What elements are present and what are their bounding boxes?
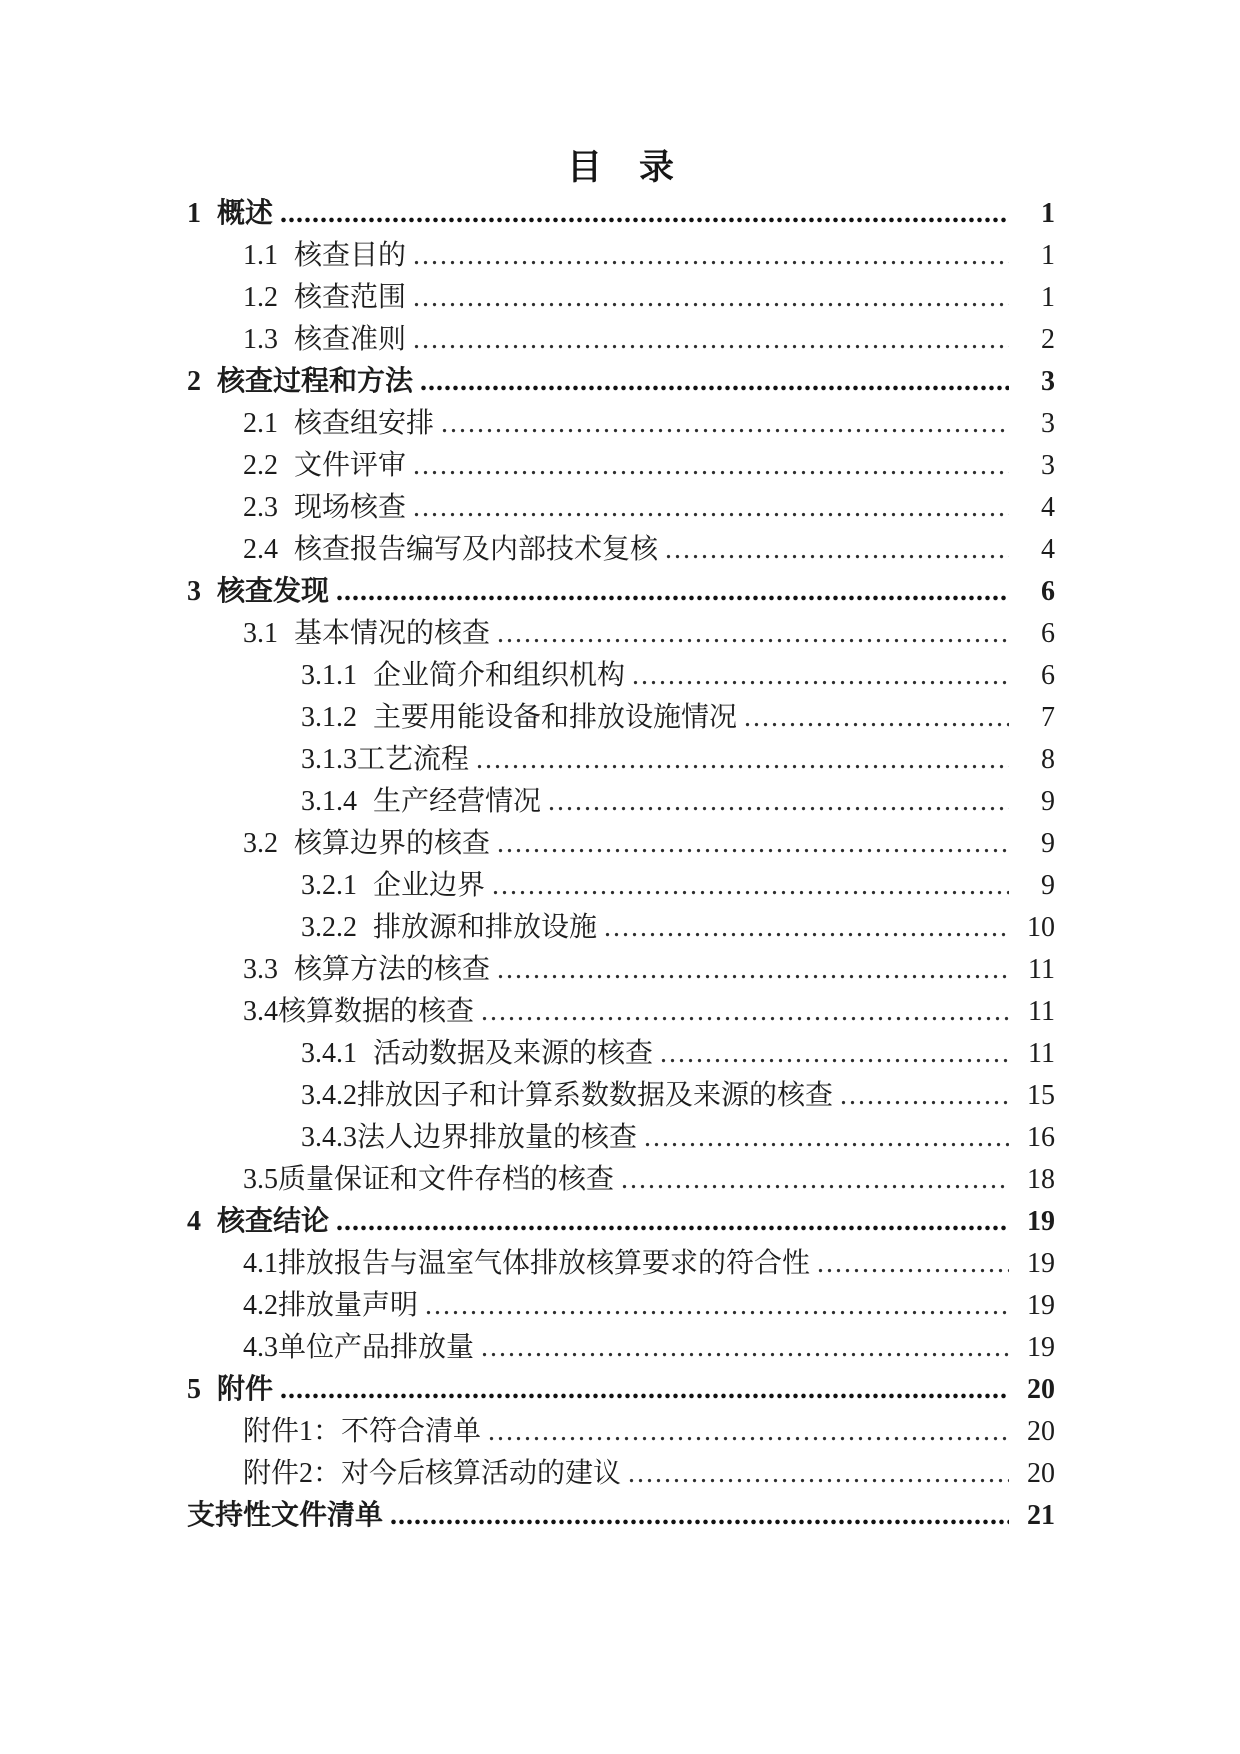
toc-entry-page: 11 <box>1009 949 1055 991</box>
dot-leader: ........................................… <box>280 1369 1009 1411</box>
dot-leader: ........................................… <box>441 403 1009 445</box>
toc-entry-label: 3.4.2排放因子和计算系数数据及来源的核查 <box>301 1075 840 1117</box>
toc-entry-label: 支持性文件清单 <box>187 1495 390 1537</box>
toc-entry[interactable]: 2.4 核查报告编写及内部技术复核.......................… <box>243 529 1055 571</box>
toc-entry-page: 6 <box>1009 655 1055 697</box>
toc-entry-page: 21 <box>1009 1495 1055 1537</box>
toc-entry[interactable]: 2.1 核查组安排...............................… <box>243 403 1055 445</box>
toc-entry-label: 3.1.1 企业简介和组织机构 <box>301 655 632 697</box>
toc-entry-label: 附件1：不符合清单 <box>243 1411 488 1453</box>
toc-entry-label: 3 核查发现 <box>187 571 336 613</box>
toc-entry-label: 4 核查结论 <box>187 1201 336 1243</box>
dot-leader: ........................................… <box>390 1495 1009 1537</box>
toc-entry-label: 5 附件 <box>187 1369 280 1411</box>
toc-entry[interactable]: 3 核查发现..................................… <box>187 571 1055 613</box>
dot-leader: ........................................… <box>336 1201 1009 1243</box>
dot-leader: ........................................… <box>548 781 1009 823</box>
toc-entry-label: 3.1.2 主要用能设备和排放设施情况 <box>301 697 744 739</box>
toc-entry-page: 1 <box>1009 235 1055 277</box>
toc-entry-label: 3.1.3工艺流程 <box>301 739 476 781</box>
dot-leader: ........................................… <box>497 613 1009 655</box>
toc-entry-page: 3 <box>1009 445 1055 487</box>
toc-entry-page: 3 <box>1009 403 1055 445</box>
page-title: 目 录 <box>187 150 1055 185</box>
toc-entry-page: 19 <box>1009 1201 1055 1243</box>
toc-entry[interactable]: 3.4.3法人边界排放量的核查.........................… <box>301 1117 1055 1159</box>
toc-entry-page: 7 <box>1009 697 1055 739</box>
toc-entry[interactable]: 1 概述....................................… <box>187 193 1055 235</box>
toc-entry-label: 2.4 核查报告编写及内部技术复核 <box>243 529 665 571</box>
toc-entry-page: 16 <box>1009 1117 1055 1159</box>
dot-leader: ........................................… <box>840 1075 1009 1117</box>
toc-entry[interactable]: 2 核查过程和方法...............................… <box>187 361 1055 403</box>
toc-entry-page: 15 <box>1009 1075 1055 1117</box>
toc-entry-page: 9 <box>1009 781 1055 823</box>
dot-leader: ........................................… <box>604 907 1009 949</box>
toc-entry-page: 20 <box>1009 1453 1055 1495</box>
toc-entry-label: 1.3 核查准则 <box>243 319 413 361</box>
toc-entry-page: 11 <box>1009 991 1055 1033</box>
dot-leader: ........................................… <box>632 655 1009 697</box>
dot-leader: ........................................… <box>665 529 1009 571</box>
document-page: 目 录 1 概述................................… <box>0 0 1240 1754</box>
toc-entry[interactable]: 3.5质量保证和文件存档的核查.........................… <box>243 1159 1055 1201</box>
toc-entry[interactable]: 4.2排放量声明................................… <box>243 1285 1055 1327</box>
toc-entry[interactable]: 附件1：不符合清单...............................… <box>243 1411 1055 1453</box>
toc-entry[interactable]: 3.2 核算边界的核查.............................… <box>243 823 1055 865</box>
toc-entry[interactable]: 5 附件....................................… <box>187 1369 1055 1411</box>
dot-leader: ........................................… <box>413 487 1009 529</box>
dot-leader: ........................................… <box>621 1159 1009 1201</box>
toc-entry-label: 1.1 核查目的 <box>243 235 413 277</box>
toc-entry[interactable]: 1.1 核查目的................................… <box>243 235 1055 277</box>
toc-entry-page: 9 <box>1009 865 1055 907</box>
toc-entry[interactable]: 2.3 现场核查................................… <box>243 487 1055 529</box>
toc-entry[interactable]: 2.2 文件评审................................… <box>243 445 1055 487</box>
toc-entry-label: 3.2.2 排放源和排放设施 <box>301 907 604 949</box>
toc-entry-label: 3.4.1 活动数据及来源的核查 <box>301 1033 660 1075</box>
dot-leader: ........................................… <box>413 277 1009 319</box>
toc-entry-page: 4 <box>1009 529 1055 571</box>
toc-entry-page: 8 <box>1009 739 1055 781</box>
toc-entry[interactable]: 3.2.1 企业边界..............................… <box>301 865 1055 907</box>
toc-entry-label: 2 核查过程和方法 <box>187 361 420 403</box>
toc-entry-label: 附件2：对今后核算活动的建议 <box>243 1453 628 1495</box>
table-of-contents: 1 概述....................................… <box>187 193 1055 1537</box>
toc-entry[interactable]: 3.1 基本情况的核查.............................… <box>243 613 1055 655</box>
toc-entry-label: 3.5质量保证和文件存档的核查 <box>243 1159 621 1201</box>
dot-leader: ........................................… <box>481 991 1009 1033</box>
dot-leader: ........................................… <box>488 1411 1009 1453</box>
dot-leader: ........................................… <box>280 193 1009 235</box>
dot-leader: ........................................… <box>497 949 1009 991</box>
toc-entry[interactable]: 支持性文件清单.................................… <box>187 1495 1055 1537</box>
toc-entry-label: 3.4核算数据的核查 <box>243 991 481 1033</box>
toc-entry[interactable]: 1.2 核查范围................................… <box>243 277 1055 319</box>
toc-entry[interactable]: 3.1.2 主要用能设备和排放设施情况.....................… <box>301 697 1055 739</box>
toc-entry[interactable]: 3.1.4 生产经营情况............................… <box>301 781 1055 823</box>
toc-entry[interactable]: 4.1排放报告与温室气体排放核算要求的符合性..................… <box>243 1243 1055 1285</box>
toc-entry-page: 11 <box>1009 1033 1055 1075</box>
toc-entry-label: 3.1.4 生产经营情况 <box>301 781 548 823</box>
toc-entry-page: 3 <box>1009 361 1055 403</box>
dot-leader: ........................................… <box>413 445 1009 487</box>
toc-entry-label: 2.1 核查组安排 <box>243 403 441 445</box>
toc-entry-page: 20 <box>1009 1369 1055 1411</box>
toc-entry-page: 6 <box>1009 571 1055 613</box>
toc-entry-label: 1 概述 <box>187 193 280 235</box>
toc-entry-page: 19 <box>1009 1243 1055 1285</box>
toc-entry[interactable]: 1.3 核查准则................................… <box>243 319 1055 361</box>
toc-entry-page: 1 <box>1009 277 1055 319</box>
dot-leader: ........................................… <box>628 1453 1009 1495</box>
toc-entry-label: 3.1 基本情况的核查 <box>243 613 497 655</box>
dot-leader: ........................................… <box>420 361 1009 403</box>
toc-entry-page: 19 <box>1009 1285 1055 1327</box>
toc-entry-page: 19 <box>1009 1327 1055 1369</box>
toc-entry-page: 9 <box>1009 823 1055 865</box>
toc-entry[interactable]: 附件2：对今后核算活动的建议..........................… <box>243 1453 1055 1495</box>
toc-entry-label: 1.2 核查范围 <box>243 277 413 319</box>
toc-entry-label: 2.2 文件评审 <box>243 445 413 487</box>
toc-entry-page: 10 <box>1009 907 1055 949</box>
toc-entry[interactable]: 3.2.2 排放源和排放设施..........................… <box>301 907 1055 949</box>
toc-entry[interactable]: 3.4.2排放因子和计算系数数据及来源的核查..................… <box>301 1075 1055 1117</box>
dot-leader: ........................................… <box>744 697 1009 739</box>
toc-entry-label: 3.4.3法人边界排放量的核查 <box>301 1117 644 1159</box>
toc-entry-page: 20 <box>1009 1411 1055 1453</box>
toc-entry-page: 1 <box>1009 193 1055 235</box>
dot-leader: ........................................… <box>497 823 1009 865</box>
toc-entry-label: 3.3 核算方法的核查 <box>243 949 497 991</box>
toc-entry-page: 6 <box>1009 613 1055 655</box>
dot-leader: ........................................… <box>413 235 1009 277</box>
dot-leader: ........................................… <box>476 739 1009 781</box>
dot-leader: ........................................… <box>660 1033 1009 1075</box>
dot-leader: ........................................… <box>492 865 1009 907</box>
toc-entry[interactable]: 3.1.3工艺流程...............................… <box>301 739 1055 781</box>
toc-entry-label: 2.3 现场核查 <box>243 487 413 529</box>
toc-entry[interactable]: 4 核查结论..................................… <box>187 1201 1055 1243</box>
toc-entry[interactable]: 4.3单位产品排放量..............................… <box>243 1327 1055 1369</box>
toc-entry-label: 4.2排放量声明 <box>243 1285 425 1327</box>
dot-leader: ........................................… <box>481 1327 1009 1369</box>
dot-leader: ........................................… <box>644 1117 1009 1159</box>
toc-entry-page: 18 <box>1009 1159 1055 1201</box>
toc-entry-label: 3.2 核算边界的核查 <box>243 823 497 865</box>
toc-entry-label: 4.3单位产品排放量 <box>243 1327 481 1369</box>
dot-leader: ........................................… <box>817 1243 1009 1285</box>
toc-entry-label: 4.1排放报告与温室气体排放核算要求的符合性 <box>243 1243 817 1285</box>
toc-entry-label: 3.2.1 企业边界 <box>301 865 492 907</box>
toc-entry[interactable]: 3.3 核算方法的核查.............................… <box>243 949 1055 991</box>
dot-leader: ........................................… <box>425 1285 1009 1327</box>
toc-entry[interactable]: 3.4.1 活动数据及来源的核查........................… <box>301 1033 1055 1075</box>
dot-leader: ........................................… <box>413 319 1009 361</box>
toc-entry-page: 4 <box>1009 487 1055 529</box>
toc-entry-page: 2 <box>1009 319 1055 361</box>
dot-leader: ........................................… <box>336 571 1009 613</box>
toc-entry[interactable]: 3.1.1 企业简介和组织机构.........................… <box>301 655 1055 697</box>
toc-entry[interactable]: 3.4核算数据的核查..............................… <box>243 991 1055 1033</box>
